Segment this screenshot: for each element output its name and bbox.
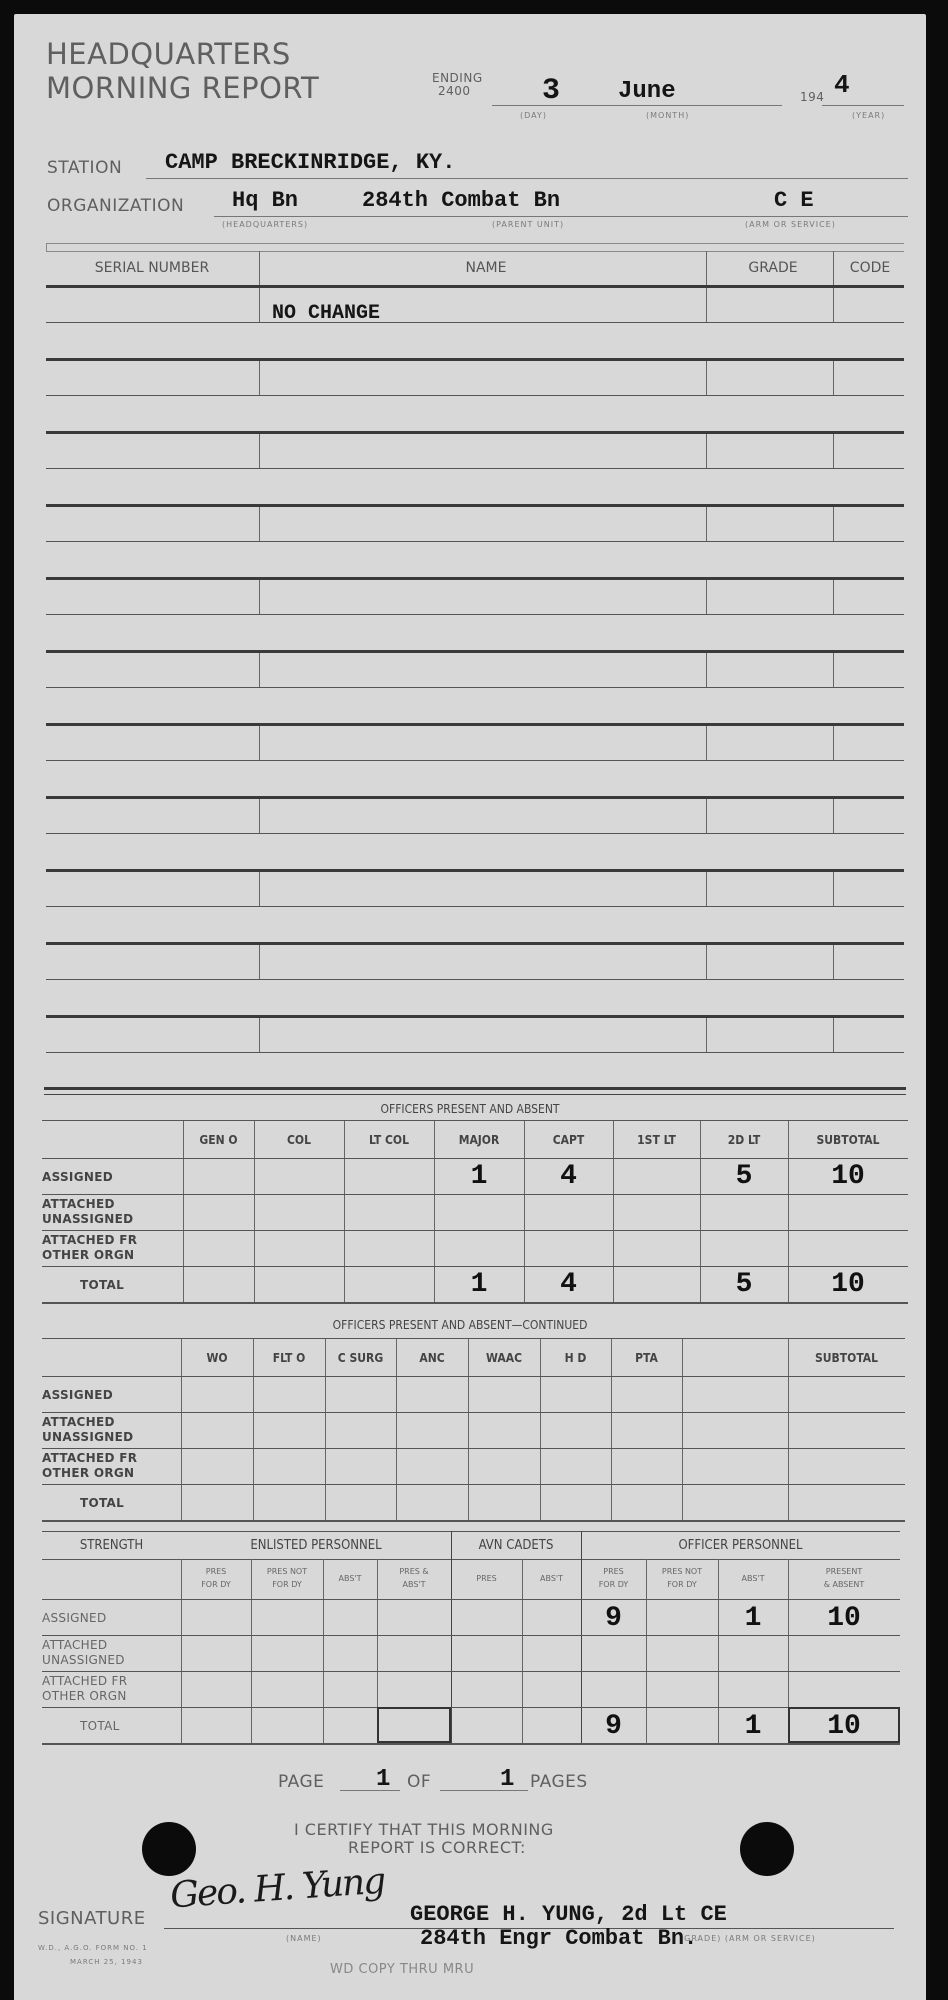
- entry-row-subline: [46, 468, 904, 469]
- strength-column-divider: [251, 1559, 252, 1743]
- col-code: CODE: [850, 260, 890, 276]
- officers-row-label-line: OTHER ORGN: [42, 1248, 137, 1263]
- strength-row-label: ATTACHED FROTHER ORGN: [42, 1674, 127, 1704]
- strength-row-line: [42, 1671, 900, 1672]
- officers-continued-column-divider: [253, 1338, 254, 1520]
- strength-col-header: PRES &ABS'T: [399, 1565, 428, 1591]
- officers-row-line: [42, 1194, 908, 1195]
- form-title-line2: MORNING REPORT: [46, 72, 319, 104]
- strength-cell: 9: [605, 1711, 622, 1742]
- hq-caption: (HEADQUARTERS): [222, 220, 308, 229]
- strength-row-line: [42, 1635, 900, 1636]
- officers-col-header: 2D LT: [728, 1133, 761, 1147]
- entry-row[interactable]: [46, 799, 904, 833]
- page-number-line: [340, 1790, 400, 1791]
- strength-col-header-line: FOR DY: [599, 1578, 629, 1591]
- organization-hq: Hq Bn: [232, 188, 298, 213]
- wd-copy-label: WD COPY THRU MRU: [330, 1962, 474, 1977]
- officers-row-label: ATTACHEDUNASSIGNED: [42, 1197, 133, 1227]
- certify-line2: REPORT IS CORRECT:: [348, 1838, 526, 1857]
- officers-cell: 5: [736, 1269, 753, 1300]
- ending-time-text: 2400: [432, 85, 483, 98]
- strength-group-line: [42, 1559, 900, 1560]
- entry-row-subline: [46, 906, 904, 907]
- officers-continued-row-label-line: ASSIGNED: [42, 1388, 113, 1403]
- organization-label: ORGANIZATION: [47, 196, 184, 216]
- officers-continued-col-header: FLT O: [273, 1351, 306, 1365]
- officers-column-divider: [524, 1120, 525, 1302]
- strength-col-header: PRES NOTFOR DY: [267, 1565, 307, 1591]
- officers-column-divider: [700, 1120, 701, 1302]
- officers-col-header: COL: [287, 1133, 311, 1147]
- entries-top-line-2: [46, 251, 904, 252]
- strength-col-header-line: ABS'T: [399, 1578, 428, 1591]
- officers-continued-column-divider: [682, 1338, 683, 1520]
- officers-top-line-2: [44, 1094, 906, 1095]
- strength-group-divider: [581, 1531, 582, 1743]
- signer-unit: 284th Engr Combat Bn.: [420, 1926, 697, 1951]
- officers-continued-title: OFFICERS PRESENT AND ABSENT—CONTINUED: [333, 1318, 588, 1332]
- strength-row-label-line: ATTACHED: [42, 1638, 125, 1653]
- officers-header-top-line: [42, 1120, 908, 1121]
- officers-continued-column-divider: [611, 1338, 612, 1520]
- strength-col-header-line: FOR DY: [267, 1578, 307, 1591]
- officers-row-label: ATTACHED FROTHER ORGN: [42, 1233, 137, 1263]
- officers-continued-row-line: [42, 1412, 905, 1413]
- officers-continued-col-header: ANC: [419, 1351, 444, 1365]
- strength-col-header-line: & ABSENT: [824, 1578, 865, 1591]
- day-caption: (DAY): [520, 111, 547, 120]
- officers-row-label-line: ASSIGNED: [42, 1170, 113, 1185]
- officers-continued-row-label: ATTACHEDUNASSIGNED: [42, 1415, 133, 1445]
- officers-row-label-line: TOTAL: [80, 1278, 124, 1293]
- strength-group-divider: [451, 1531, 452, 1743]
- strength-col-header: ABS'T: [540, 1572, 563, 1585]
- strength-column-divider: [181, 1559, 182, 1743]
- strength-row-line: [42, 1599, 900, 1600]
- officers-continued-row-line: [42, 1448, 905, 1449]
- page-total-line: [440, 1790, 528, 1791]
- strength-top-line: [42, 1531, 900, 1532]
- report-day: 3: [542, 74, 560, 108]
- strength-row-line: [42, 1743, 900, 1745]
- date-line: [492, 105, 782, 106]
- officers-column-divider: [344, 1120, 345, 1302]
- grade-caption: (GRADE) (ARM OR SERVICE): [680, 1934, 816, 1943]
- strength-col-header: PRESFOR DY: [201, 1565, 231, 1591]
- officers-continued-row-line: [42, 1484, 905, 1485]
- entry-row-subline: [46, 1052, 904, 1053]
- strength-row-label-line: UNASSIGNED: [42, 1653, 125, 1668]
- report-month: June: [618, 78, 676, 105]
- strength-col-header-line: FOR DY: [201, 1578, 231, 1591]
- ending-label: ENDING 2400: [432, 72, 483, 98]
- officers-continued-column-divider: [788, 1338, 789, 1520]
- strength-col-header-line: PRES: [201, 1565, 231, 1578]
- pages-label: PAGES: [530, 1772, 588, 1792]
- officers-continued-row-label: ASSIGNED: [42, 1388, 113, 1403]
- officers-column-divider: [183, 1120, 184, 1302]
- officers-col-header: 1ST LT: [637, 1133, 676, 1147]
- officers-continued-row-label-line: OTHER ORGN: [42, 1466, 137, 1481]
- strength-cell: 1: [745, 1711, 762, 1742]
- officers-top-line: [44, 1087, 906, 1090]
- officers-continued-row-label: ATTACHED FROTHER ORGN: [42, 1451, 137, 1481]
- officers-row-label-line: UNASSIGNED: [42, 1212, 133, 1227]
- entry-row[interactable]: [46, 726, 904, 760]
- parent-caption: (PARENT UNIT): [492, 220, 564, 229]
- strength-column-divider: [646, 1559, 647, 1743]
- officers-col-header: GEN O: [199, 1133, 237, 1147]
- year-prefix: 194: [800, 90, 824, 104]
- strength-col-header-line: ABS'T: [339, 1572, 362, 1585]
- officers-row-line: [42, 1266, 908, 1267]
- form-date: MARCH 25, 1943: [70, 1958, 143, 1966]
- officers-continued-header-top-line: [42, 1338, 905, 1339]
- officers-continued-column-divider: [540, 1338, 541, 1520]
- officers-continued-col-header: H D: [565, 1351, 587, 1365]
- officers-continued-row-line: [42, 1376, 905, 1377]
- entry-row-subline: [46, 760, 904, 761]
- entries-top-line: [46, 243, 904, 244]
- strength-column-divider: [522, 1559, 523, 1743]
- strength-row-label: ATTACHEDUNASSIGNED: [42, 1638, 125, 1668]
- strength-row-label: TOTAL: [80, 1719, 120, 1734]
- officers-continued-row-line: [42, 1520, 905, 1522]
- strength-col-header: PRES NOTFOR DY: [662, 1565, 702, 1591]
- entry-row-subline: [46, 833, 904, 834]
- entry-row[interactable]: [46, 1018, 904, 1052]
- form-number: W.D., A.G.O. FORM NO. 1: [38, 1944, 148, 1952]
- entry-row-subline: [46, 979, 904, 980]
- officers-row-line: [42, 1158, 908, 1159]
- strength-column-divider: [718, 1559, 719, 1743]
- officers-row-label: TOTAL: [80, 1278, 124, 1293]
- strength-row-label-line: TOTAL: [80, 1719, 120, 1734]
- page-number: 1: [376, 1766, 390, 1793]
- col-name: NAME: [466, 260, 507, 276]
- entries-header-divider: [833, 251, 834, 285]
- officers-cell: 1: [471, 1161, 488, 1192]
- of-label: OF: [407, 1772, 431, 1792]
- entry-row[interactable]: [46, 653, 904, 687]
- officers-row-label-line: ATTACHED FR: [42, 1233, 137, 1248]
- officers-continued-row-label-line: UNASSIGNED: [42, 1430, 133, 1445]
- officers-column-divider: [613, 1120, 614, 1302]
- officers-row-line: [42, 1230, 908, 1231]
- officers-title: OFFICERS PRESENT AND ABSENT: [381, 1102, 560, 1116]
- entry-row[interactable]: [46, 580, 904, 614]
- entries-header-divider: [259, 251, 260, 285]
- officers-continued-row-label-line: ATTACHED: [42, 1415, 133, 1430]
- strength-cell: 10: [827, 1603, 861, 1634]
- strength-col-header: ABS'T: [339, 1572, 362, 1585]
- strength-col-header: PRES: [476, 1572, 497, 1585]
- officers-cell: 10: [831, 1269, 865, 1300]
- officers-row-label-line: ATTACHED: [42, 1197, 133, 1212]
- officer-total-box: [788, 1707, 900, 1743]
- entries-top-left-edge: [46, 243, 47, 251]
- entries-header-divider: [706, 251, 707, 285]
- officers-cell: 10: [831, 1161, 865, 1192]
- strength-col-header-line: FOR DY: [662, 1578, 702, 1591]
- month-caption: (MONTH): [646, 111, 689, 120]
- strength-row-label-line: ATTACHED FR: [42, 1674, 127, 1689]
- strength-col-header-line: PRES: [476, 1572, 497, 1585]
- punch-hole-left: [142, 1822, 196, 1876]
- strength-col-header-line: PRES: [599, 1565, 629, 1578]
- officers-continued-col-header: PTA: [635, 1351, 658, 1365]
- entry-row[interactable]: [46, 507, 904, 541]
- officers-continued-row-label: TOTAL: [80, 1496, 124, 1511]
- entry-row[interactable]: [46, 288, 904, 322]
- enlisted-total-box: [377, 1707, 451, 1743]
- strength-col-header: PRESFOR DY: [599, 1565, 629, 1591]
- strength-group-header: ENLISTED PERSONNEL: [250, 1538, 381, 1553]
- strength-cell: 9: [605, 1603, 622, 1634]
- strength-group-header: OFFICER PERSONNEL: [678, 1538, 802, 1553]
- officers-cell: 4: [560, 1161, 577, 1192]
- strength-row-label: ASSIGNED: [42, 1611, 106, 1626]
- strength-col-header-line: PRES NOT: [662, 1565, 702, 1578]
- officers-continued-column-divider: [325, 1338, 326, 1520]
- officers-continued-col-header: WO: [206, 1351, 227, 1365]
- year-line: [822, 105, 904, 106]
- entry-row[interactable]: [46, 872, 904, 906]
- officers-cell: 4: [560, 1269, 577, 1300]
- report-year-digit: 4: [834, 70, 850, 100]
- entry-row[interactable]: [46, 945, 904, 979]
- strength-row-line: [42, 1707, 900, 1708]
- entry-row[interactable]: [46, 361, 904, 395]
- entry-row-subline: [46, 541, 904, 542]
- officers-cell: 1: [471, 1269, 488, 1300]
- strength-group-header: STRENGTH: [80, 1538, 143, 1553]
- strength-col-header: ABS'T: [742, 1572, 765, 1585]
- strength-col-header: PRESENT& ABSENT: [824, 1565, 865, 1591]
- strength-col-header-line: PRESENT: [824, 1565, 865, 1578]
- strength-row-label-line: OTHER ORGN: [42, 1689, 127, 1704]
- officers-col-header: MAJOR: [459, 1133, 500, 1147]
- officers-continued-column-divider: [396, 1338, 397, 1520]
- organization-arm: C E: [774, 188, 814, 213]
- officers-continued-column-divider: [181, 1338, 182, 1520]
- strength-group-header: AVN CADETS: [479, 1538, 554, 1553]
- officers-column-divider: [788, 1120, 789, 1302]
- officers-continued-row-label-line: TOTAL: [80, 1496, 124, 1511]
- strength-cell: 1: [745, 1603, 762, 1634]
- station-label: STATION: [47, 158, 122, 178]
- entry-row-subline: [46, 614, 904, 615]
- certify-line1: I CERTIFY THAT THIS MORNING: [294, 1820, 554, 1839]
- organization-parent: 284th Combat Bn: [362, 188, 560, 213]
- strength-col-header-line: ABS'T: [742, 1572, 765, 1585]
- officers-column-divider: [254, 1120, 255, 1302]
- page-total: 1: [500, 1766, 514, 1793]
- officers-cell: 5: [736, 1161, 753, 1192]
- strength-col-header-line: PRES &: [399, 1565, 428, 1578]
- punch-hole-right: [740, 1822, 794, 1876]
- entry-row-subline: [46, 687, 904, 688]
- officers-continued-row-label-line: ATTACHED FR: [42, 1451, 137, 1466]
- officers-continued-col-header: SUBTOTAL: [815, 1351, 878, 1365]
- arm-caption: (ARM OR SERVICE): [745, 220, 836, 229]
- station-line: [146, 178, 908, 179]
- signer-name: GEORGE H. YUNG, 2d Lt CE: [410, 1902, 727, 1927]
- officers-continued-col-header: WAAC: [486, 1351, 522, 1365]
- page-label: PAGE: [278, 1772, 324, 1792]
- entry-row[interactable]: [46, 434, 904, 468]
- strength-col-header-line: ABS'T: [540, 1572, 563, 1585]
- officers-continued-column-divider: [468, 1338, 469, 1520]
- col-serial-number: SERIAL NUMBER: [95, 260, 209, 276]
- entry-row-subline: [46, 395, 904, 396]
- entry-row-subline: [46, 322, 904, 323]
- officers-continued-col-header: C SURG: [338, 1351, 383, 1365]
- col-grade: GRADE: [748, 260, 797, 276]
- year-caption: (YEAR): [852, 111, 885, 120]
- organization-line: [214, 216, 908, 217]
- officers-row-line: [42, 1302, 908, 1304]
- station-value: CAMP BRECKINRIDGE, KY.: [165, 150, 455, 175]
- signature-label: SIGNATURE: [38, 1908, 146, 1929]
- officers-column-divider: [434, 1120, 435, 1302]
- officers-col-header: LT COL: [369, 1133, 409, 1147]
- officers-row-label: ASSIGNED: [42, 1170, 113, 1185]
- officers-col-header: CAPT: [553, 1133, 585, 1147]
- strength-column-divider: [323, 1559, 324, 1743]
- strength-row-label-line: ASSIGNED: [42, 1611, 106, 1626]
- name-caption: (NAME): [286, 1934, 322, 1943]
- strength-col-header-line: PRES NOT: [267, 1565, 307, 1578]
- form-title-line1: HEADQUARTERS: [46, 38, 291, 70]
- officers-col-header: SUBTOTAL: [817, 1133, 880, 1147]
